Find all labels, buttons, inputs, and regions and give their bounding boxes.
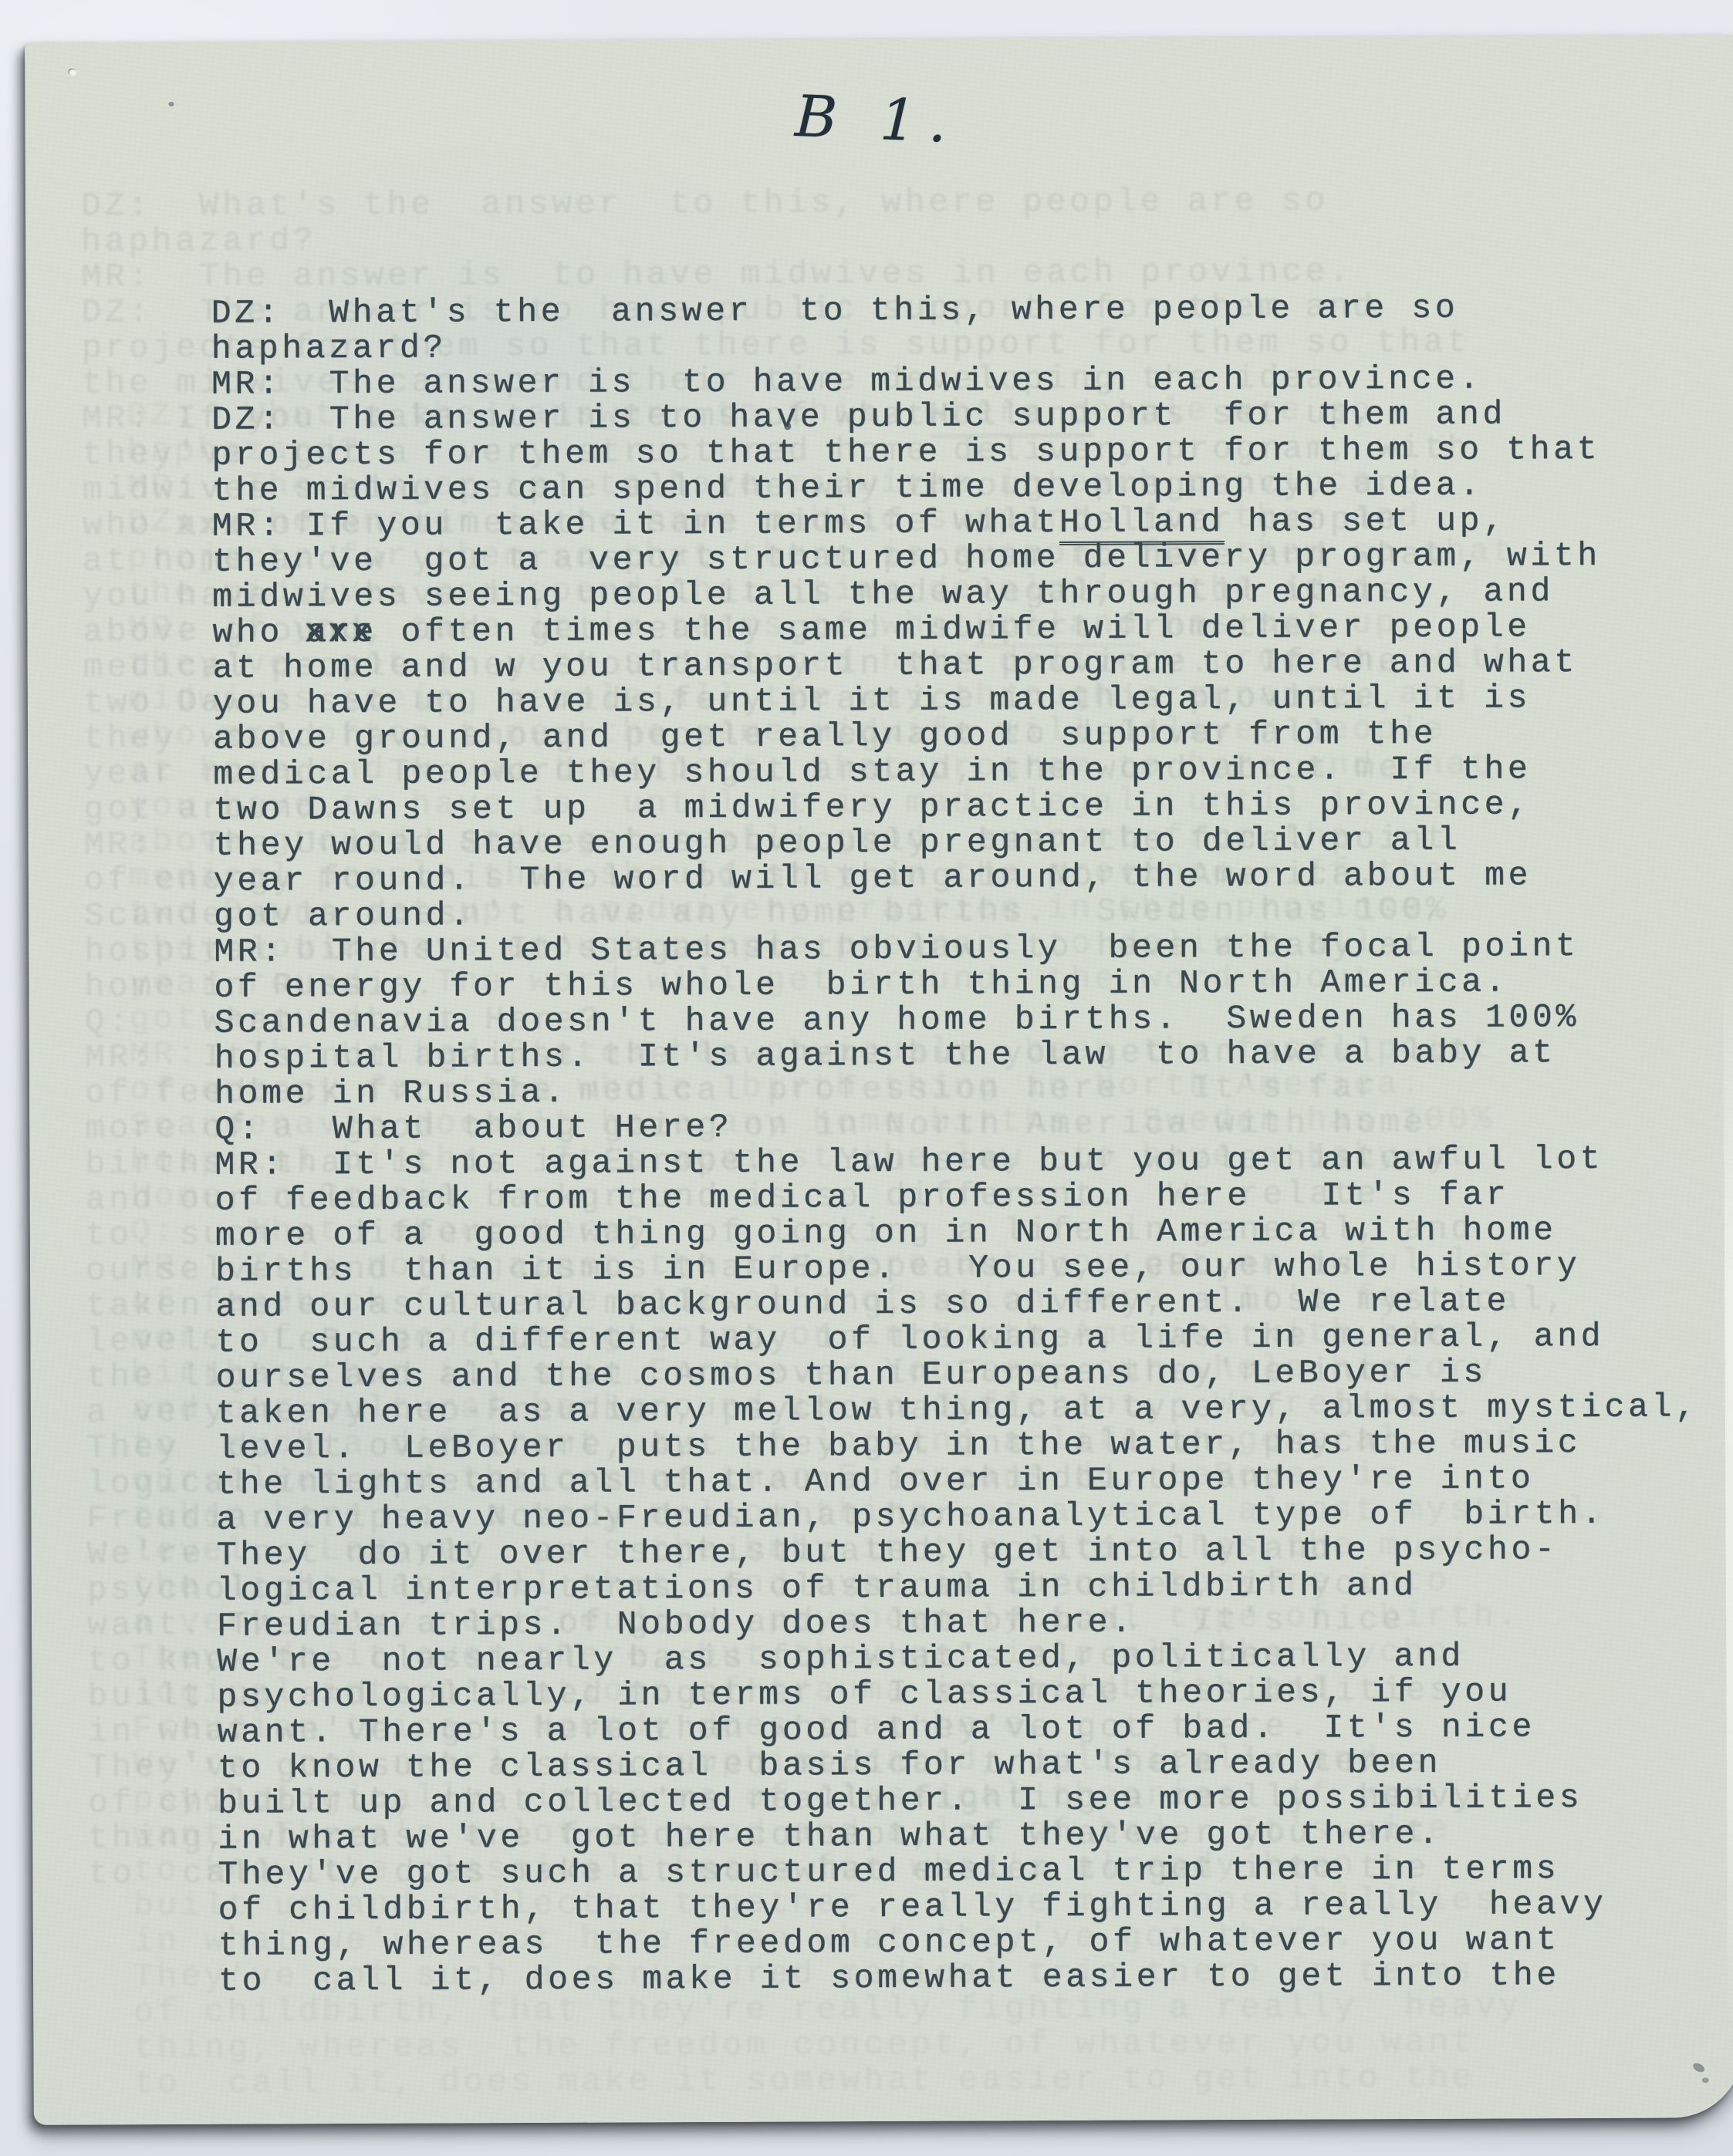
transcript-line: Freudian trips. Nobody does that here. — [217, 1602, 1700, 1644]
staple-hole — [68, 69, 76, 76]
typewritten-transcript: DZ: What's the answer to this, where peo… — [211, 289, 1701, 1999]
transcript-segment: haphazard? — [81, 221, 316, 260]
transcript-segment: year round. The word will get around, th… — [214, 856, 1532, 899]
page-edge-highlight — [1723, 960, 1733, 2025]
transcript-line: logical interpretations of trauma in chi… — [217, 1567, 1700, 1608]
transcript-segment: MR: The answer is to have midwives in ea… — [81, 252, 1352, 295]
transcript-segment: home in Russia. — [215, 1074, 568, 1113]
transcript-segment: who — [212, 613, 306, 652]
transcript-line: MR: The answer is to have midwives in ea… — [81, 253, 1564, 295]
transcript-segment: thing, whereas the freedom concept, of w… — [133, 2023, 1475, 2067]
dirt-mark — [1691, 2061, 1706, 2074]
photo-background: DZ: What's the answer to this, where peo… — [0, 0, 1733, 2156]
transcript-segment: haphazard? — [211, 329, 447, 367]
transcript-line: They do it over there, but they get into… — [217, 1531, 1700, 1573]
handwritten-page-label: B 1. — [794, 83, 961, 156]
transcript-segment: hospital births. It's against the law to… — [215, 1034, 1556, 1078]
transcript-segment: who — [83, 506, 177, 545]
transcript-line: DZ: What's the answer to this, where peo… — [211, 289, 1694, 331]
ink-speck — [168, 102, 174, 106]
transcript-line: haphazard? — [81, 218, 1564, 259]
transcript-line: DZ: What's the answer to this, where peo… — [81, 182, 1564, 224]
transcript-segment: logical interpretations of trauma in chi… — [217, 1567, 1417, 1610]
transcript-line: want. There's a lot of good and a lot of… — [218, 1709, 1701, 1750]
transcript-line: two Dawns set up a midwifery practice in… — [213, 786, 1696, 828]
transcript-segment: to call it, does make it somewhat easier… — [218, 1956, 1560, 2000]
transcript-line: home in Russia. — [215, 1070, 1698, 1112]
transcript-segment: Q: What about Here? — [215, 1108, 732, 1149]
transcript-segment: who — [128, 716, 222, 754]
transcript-segment: got around. — [214, 896, 473, 935]
transcript-line: hospital births. It's against the law to… — [215, 1034, 1698, 1076]
transcript-line: you have to have is, until it is made le… — [213, 680, 1696, 721]
transcript-segment: to call it, does make it somewhat easier… — [134, 2059, 1476, 2103]
transcript-line: thing, whereas the freedom concept, of w… — [133, 2024, 1616, 2066]
transcript-line: year round. The word will get around, th… — [214, 857, 1697, 899]
dirt-mark — [1702, 2077, 1709, 2083]
transcript-segment: DZ: What's the answer to this, where peo… — [211, 289, 1459, 332]
transcript-segment: DZ: What's the answer to this, where peo… — [81, 181, 1329, 224]
transcript-line: built up and collected together. I see m… — [218, 1780, 1701, 1821]
transcript-line: to call it, does make it somewhat easier… — [134, 2060, 1617, 2101]
document-page: DZ: What's the answer to this, where peo… — [25, 35, 1733, 2125]
overstrike-mark: xxx — [304, 615, 375, 650]
transcript-segment: arexxx — [306, 615, 377, 650]
transcript-segment: has set up, — [1224, 501, 1506, 541]
transcript-line: to call it, does make it somewhat easier… — [218, 1957, 1701, 1999]
